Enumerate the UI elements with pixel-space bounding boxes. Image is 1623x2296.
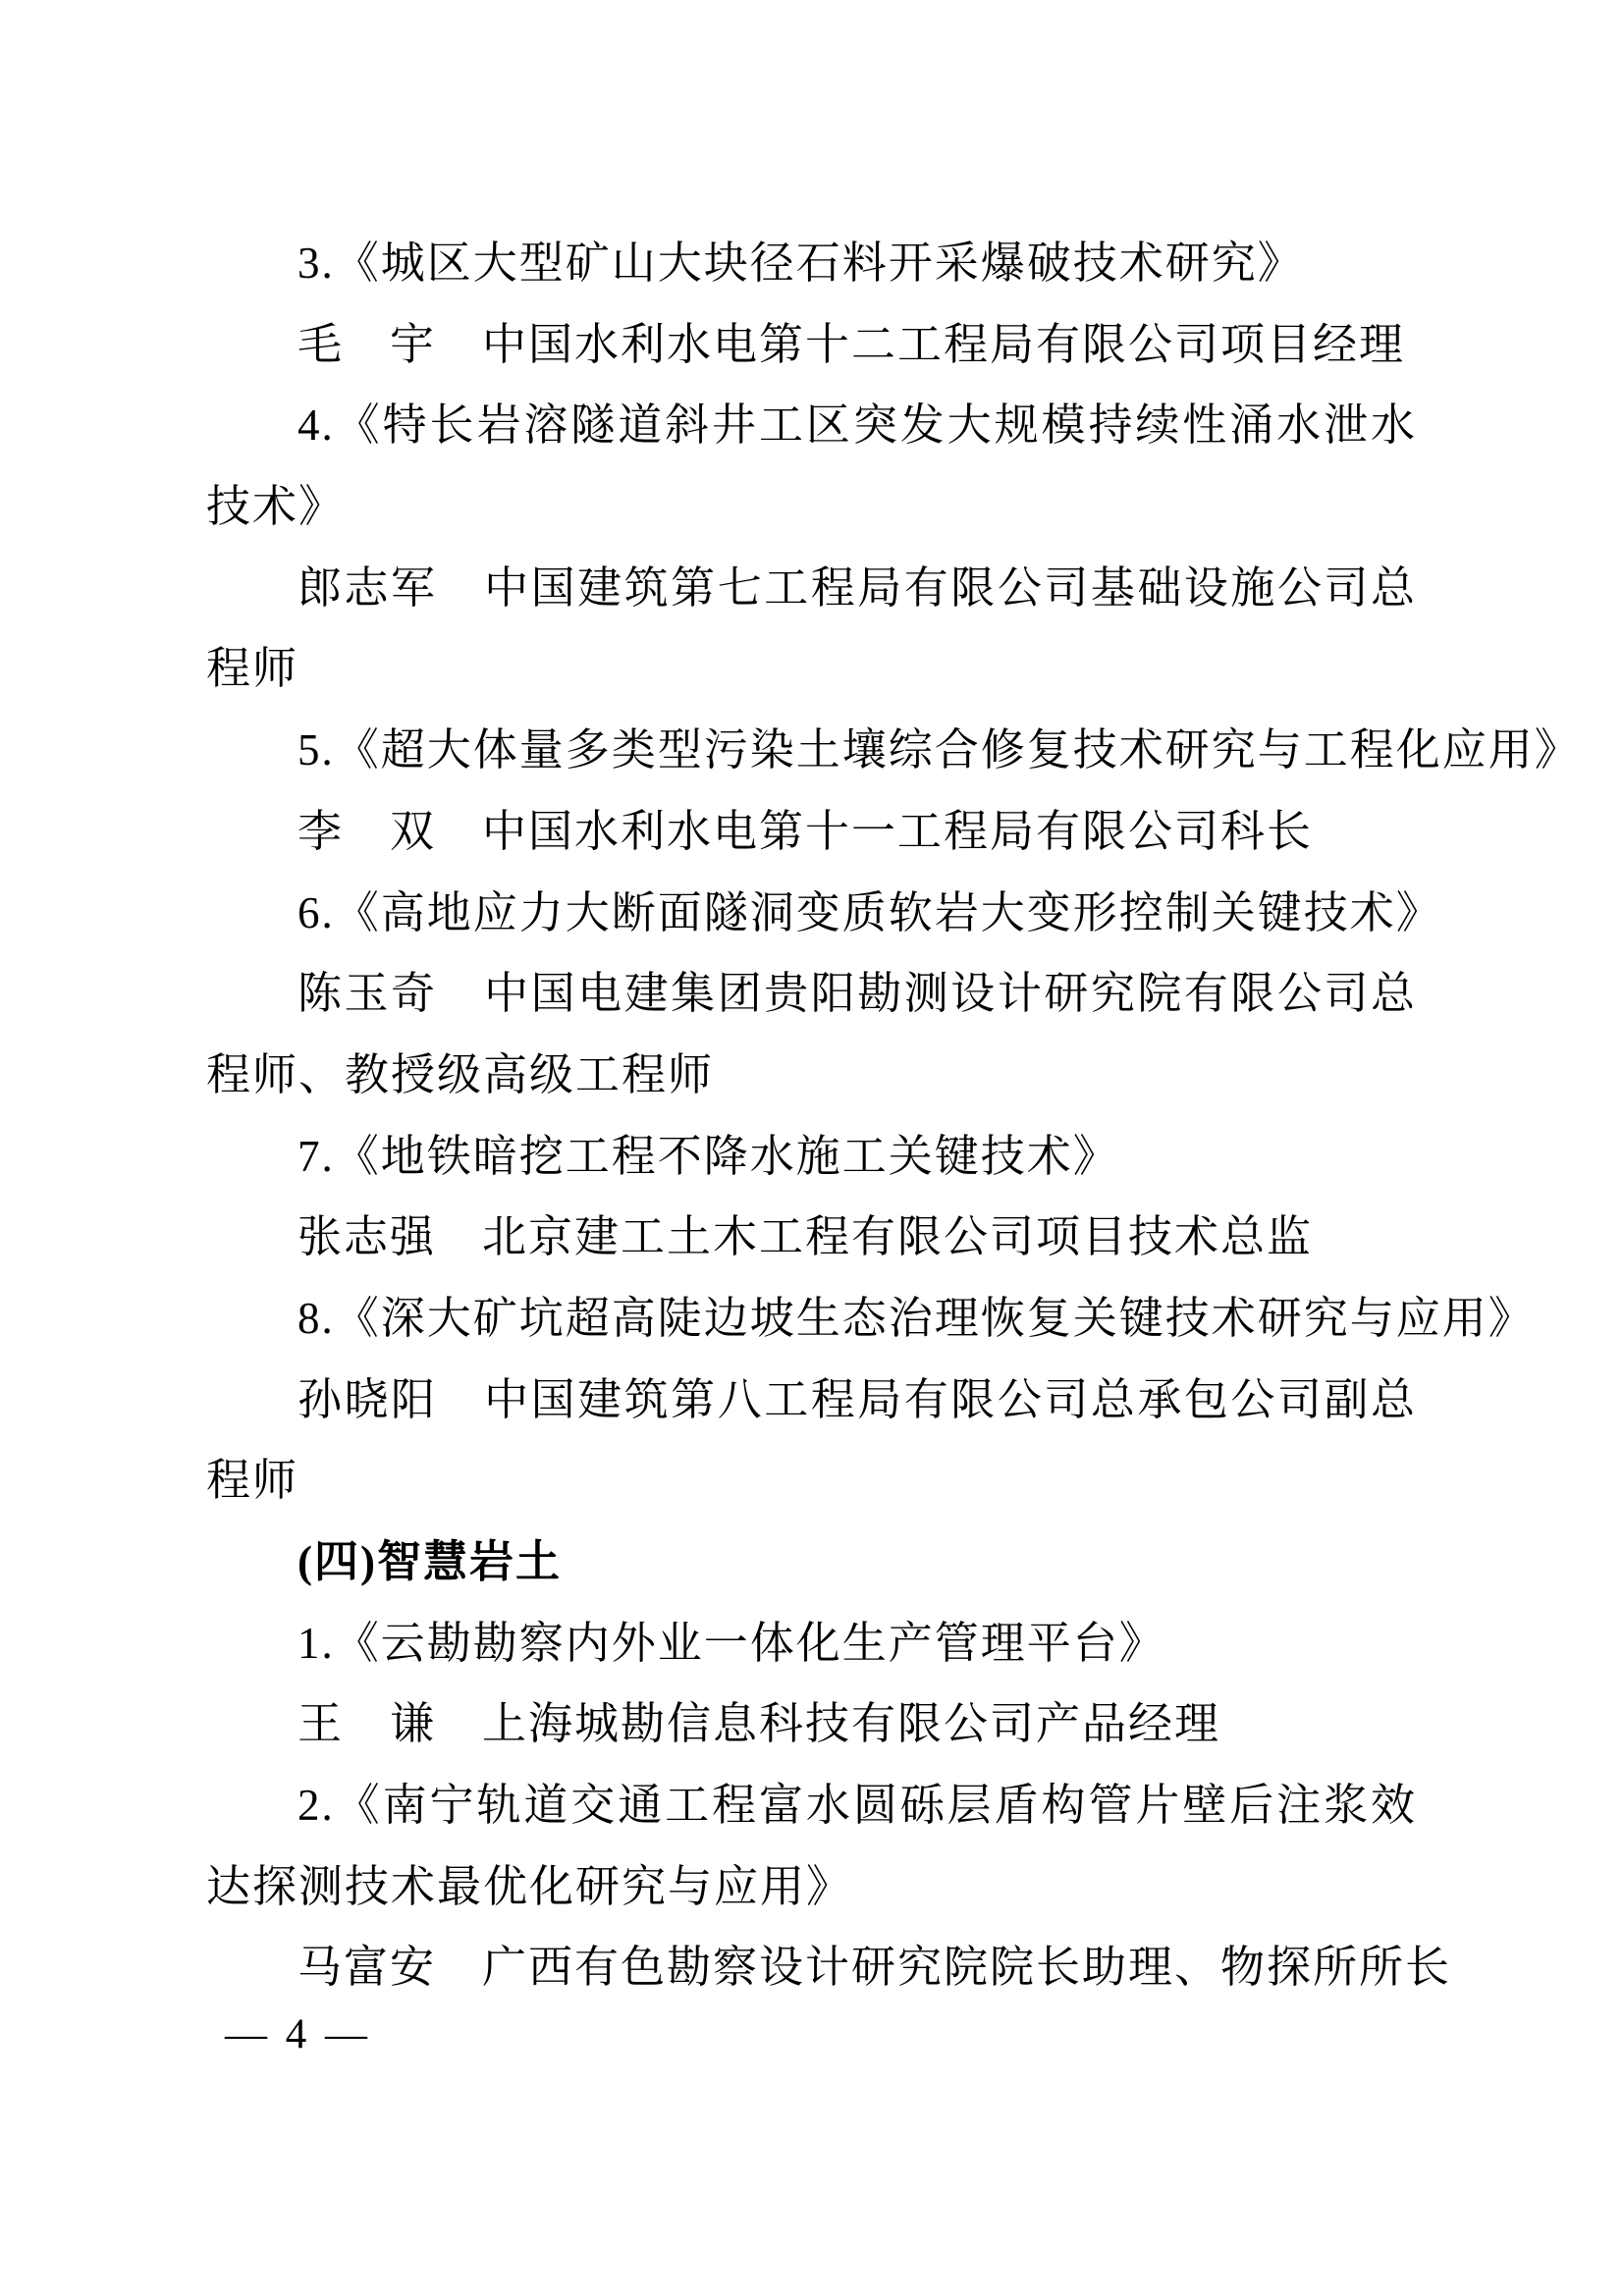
text-line: 3.《城区大型矿山大块径石料开采爆破技术研究》 [206,223,1417,304]
text-line: 马富安 广西有色勘察设计研究院院长助理、物探所所长 [206,1927,1417,2008]
text-line: 4.《特长岩溶隧道斜井工区突发大规模持续性涌水泄水处治 [206,385,1417,466]
document-page: 3.《城区大型矿山大块径石料开采爆破技术研究》毛 宇 中国水利水电第十二工程局有… [0,0,1623,2296]
document-body: 3.《城区大型矿山大块径石料开采爆破技术研究》毛 宇 中国水利水电第十二工程局有… [206,223,1417,2008]
text-line: 7.《地铁暗挖工程不降水施工关键技术》 [206,1116,1417,1198]
text-line: 6.《高地应力大断面隧洞变质软岩大变形控制关键技术》 [206,873,1417,954]
text-line: 陈玉奇 中国电建集团贵阳勘测设计研究院有限公司总工 [206,953,1417,1035]
text-line: 1.《云勘勘察内外业一体化生产管理平台》 [206,1603,1417,1684]
text-line: 程师、教授级高级工程师 [206,1035,1417,1116]
text-line: 张志强 北京建工土木工程有限公司项目技术总监 [206,1197,1417,1278]
text-line: 毛 宇 中国水利水电第十二工程局有限公司项目经理 [206,304,1417,386]
text-line: 郎志军 中国建筑第七工程局有限公司基础设施公司总工 [206,548,1417,629]
text-line: 技术》 [206,466,1417,548]
section-heading: (四)智慧岩土 [206,1522,1417,1603]
text-line: 8.《深大矿坑超高陡边坡生态治理恢复关键技术研究与应用》 [206,1278,1417,1360]
text-line: 程师 [206,1440,1417,1522]
text-line: 达探测技术最优化研究与应用》 [206,1846,1417,1928]
text-line: 王 谦 上海城勘信息科技有限公司产品经理 [206,1683,1417,1765]
text-line: 孙晓阳 中国建筑第八工程局有限公司总承包公司副总工 [206,1360,1417,1441]
page-number: — 4 — [225,2004,371,2065]
text-line: 2.《南宁轨道交通工程富水圆砾层盾构管片壁后注浆效果雷 [206,1765,1417,1846]
text-line: 李 双 中国水利水电第十一工程局有限公司科长 [206,791,1417,873]
text-line: 5.《超大体量多类型污染土壤综合修复技术研究与工程化应用》 [206,710,1417,791]
text-line: 程师 [206,628,1417,710]
